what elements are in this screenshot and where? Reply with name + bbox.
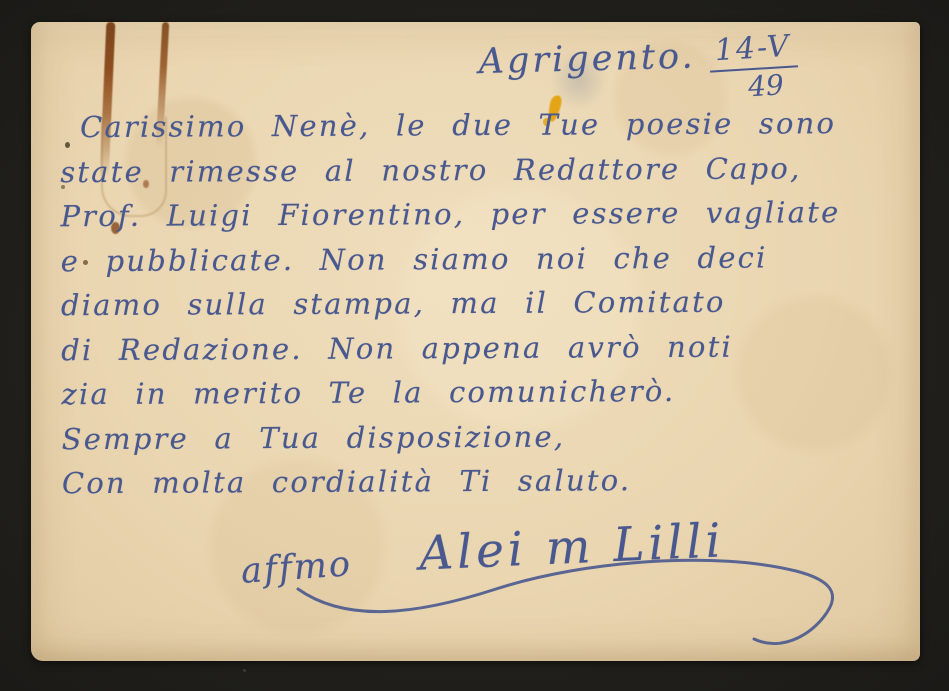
postcard: Agrigento. 14-V 49 Carissimo Nenè, le du… <box>31 22 920 661</box>
handwritten-line: di Redazione. Non appena avrò noti <box>61 328 899 377</box>
handwritten-line: Sempre a Tua disposizione, <box>62 417 900 466</box>
handwritten-line: Prof. Luigi Fiorentino, per essere vagli… <box>60 195 898 244</box>
dateline-day-month: 14-V <box>708 28 798 72</box>
photo-background: Agrigento. 14-V 49 Carissimo Nenè, le du… <box>0 0 949 691</box>
handwritten-line: e pubblicate. Non siamo noi che deci <box>61 239 899 288</box>
handwritten-line: zia in merito Te la comunicherò. <box>61 373 899 422</box>
dateline-date: 14-V 49 <box>708 28 800 105</box>
handwritten-line: state rimesse al nostro Redattore Capo, <box>60 150 898 199</box>
handwritten-line: Con molta cordialità Ti saluto. <box>62 462 900 511</box>
letter-body: Carissimo Nenè, le due Tue poesie sono s… <box>60 106 900 511</box>
mat-speck <box>243 669 246 672</box>
dateline-place: Agrigento. <box>478 37 696 83</box>
dateline-year: 49 <box>710 67 800 105</box>
signature: Alei m Lilli <box>418 513 726 581</box>
closing-abbreviation: affmo <box>240 544 354 592</box>
dateline: Agrigento. 14-V 49 <box>478 34 798 110</box>
handwritten-line: Carissimo Nenè, le due Tue poesie sono <box>60 106 898 155</box>
handwritten-line: diamo sulla stampa, ma il Comitato <box>61 284 899 333</box>
